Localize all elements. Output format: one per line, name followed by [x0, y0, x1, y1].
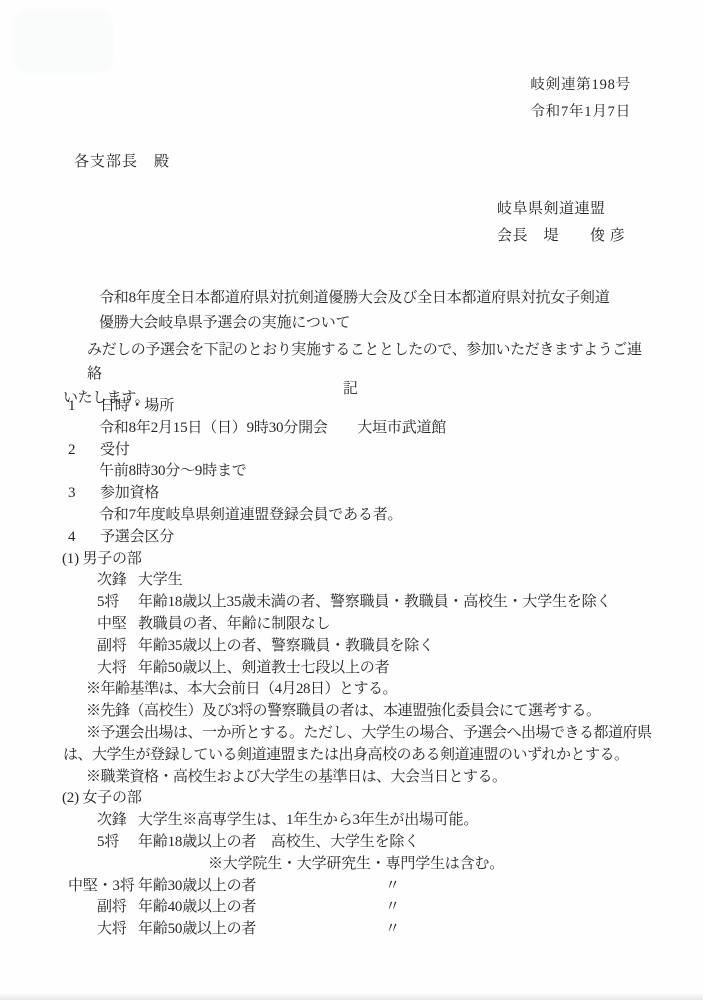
position-desc: 年齢50歳以上、剣道教士七段以上の者 — [138, 660, 389, 676]
position-desc: 年齢18歳以上35歳未満の者、警察職員・教職員・高校生・大学生を除く — [138, 594, 611, 610]
men-position-row: 中堅教職員の者、年齢に制限なし — [0, 614, 703, 636]
women-position-row: 大将年齢50歳以上の者〃 — [0, 919, 703, 941]
document-page: 岐剣連第198号 令和7年1月7日 各支部長 殿 岐阜県剣道連盟 会長 堤 俊 … — [0, 0, 703, 1000]
men-position-row: 大将年齢50歳以上、剣道教士七段以上の者 — [0, 658, 703, 680]
position-label: 次鋒 — [97, 570, 138, 592]
men-note-line: ※職業資格・高校生および大学生の基準日は、大会当日とする。 — [0, 767, 703, 789]
women-inclusion-note: ※大学院生・大学研究生・専門学生は含む。 — [0, 854, 703, 876]
men-note-line: ※予選会出場は、一か所とする。ただし、大学生の場合、予選会へ出場できる都道府県 — [0, 723, 703, 745]
position-desc: 年齢50歳以上の者 — [138, 921, 256, 937]
women-position-row: 5将年齢18歳以上の者 高校生、大学生を除く — [0, 832, 703, 854]
sender-block: 岐阜県剣道連盟 会長 堤 俊 彦 — [497, 196, 625, 250]
item-1-content: 令和8年2月15日（日）9時30分開会 大垣市武道館 — [0, 418, 703, 440]
document-meta: 岐剣連第198号 令和7年1月7日 — [530, 72, 631, 125]
item-1-title: 日時・場所 — [100, 398, 174, 414]
item-2-heading: 2受付 — [0, 440, 703, 462]
title-line-1: 令和8年度全日本都道府県対抗剣道優勝大会及び全日本都道府県対抗女子剣道 — [99, 286, 610, 311]
record-marker: 記 — [0, 377, 703, 398]
position-desc: 年齢18歳以上の者 高校生、大学生を除く — [138, 834, 419, 850]
item-3-title: 参加資格 — [100, 485, 159, 501]
document-number: 岐剣連第198号 — [530, 72, 631, 99]
position-desc: 教職員の者、年齢に制限なし — [138, 616, 330, 632]
position-label: 大将 — [97, 919, 138, 941]
position-label: 5将 — [97, 832, 138, 854]
men-note-continuation: は、大学生が登録している剣道連盟または出身高校のある剣道連盟のいずれかとする。 — [0, 745, 703, 767]
position-label: 中堅・3将 — [68, 876, 138, 898]
document-body: 1日時・場所 令和8年2月15日（日）9時30分開会 大垣市武道館 2受付 午前… — [0, 396, 703, 941]
recipient: 各支部長 殿 — [74, 150, 170, 171]
title-line-2: 優勝大会岐阜県予選会の実施について — [99, 311, 610, 336]
position-desc: 大学生 — [138, 572, 182, 588]
women-division-label: (2) 女子の部 — [0, 788, 703, 810]
item-1-heading: 1日時・場所 — [0, 396, 703, 418]
women-position-row: 副将年齢40歳以上の者〃 — [0, 897, 703, 919]
redacted-stamp-area — [15, 12, 111, 71]
item-2-title: 受付 — [100, 442, 130, 458]
position-desc: 年齢30歳以上の者 — [138, 878, 256, 894]
men-note-line: ※先鋒（高校生）及び3将の警察職員の者は、本連盟強化委員会にて選考する。 — [0, 701, 703, 723]
item-2-content: 午前8時30分～9時まで — [0, 461, 703, 483]
position-label: 副将 — [97, 636, 138, 658]
item-3-content: 令和7年度岐阜県剣道連盟登録会員である者。 — [0, 505, 703, 527]
position-label: 大将 — [97, 658, 138, 680]
position-desc: 年齢35歳以上の者、警察職員・教職員を除く — [138, 638, 434, 654]
position-label: 副将 — [97, 897, 138, 919]
document-title: 令和8年度全日本都道府県対抗剣道優勝大会及び全日本都道府県対抗女子剣道 優勝大会… — [99, 286, 610, 335]
item-3-heading: 3参加資格 — [0, 483, 703, 505]
men-position-row: 5将年齢18歳以上35歳未満の者、警察職員・教職員・高校生・大学生を除く — [0, 592, 703, 614]
position-desc: 年齢40歳以上の者 — [138, 899, 256, 915]
item-4-heading: 4予選会区分 — [0, 527, 703, 549]
item-1-number: 1 — [68, 396, 100, 418]
women-position-row: 中堅・3将年齢30歳以上の者〃 — [0, 876, 703, 898]
ditto-mark: 〃 — [385, 919, 400, 941]
document-date: 令和7年1月7日 — [530, 99, 631, 126]
men-position-row: 次鋒大学生 — [0, 570, 703, 592]
men-division-label: (1) 男子の部 — [0, 549, 703, 571]
women-position-row: 次鋒大学生※高専学生は、1年生から3年生が出場可能。 — [0, 810, 703, 832]
position-label: 中堅 — [97, 614, 138, 636]
item-4-number: 4 — [68, 527, 100, 549]
sender-name: 会長 堤 俊 彦 — [497, 223, 625, 250]
ditto-mark: 〃 — [385, 876, 400, 898]
item-3-number: 3 — [68, 483, 100, 505]
men-position-row: 副将年齢35歳以上の者、警察職員・教職員を除く — [0, 636, 703, 658]
sender-organization: 岐阜県剣道連盟 — [497, 196, 625, 223]
item-4-title: 予選会区分 — [100, 529, 174, 545]
position-label: 次鋒 — [97, 810, 138, 832]
position-label: 5将 — [97, 592, 138, 614]
item-2-number: 2 — [68, 440, 100, 462]
position-desc: 大学生※高専学生は、1年生から3年生が出場可能。 — [138, 812, 478, 828]
ditto-mark: 〃 — [385, 897, 400, 919]
men-note-line: ※年齢基準は、本大会前日（4月28日）とする。 — [0, 679, 703, 701]
